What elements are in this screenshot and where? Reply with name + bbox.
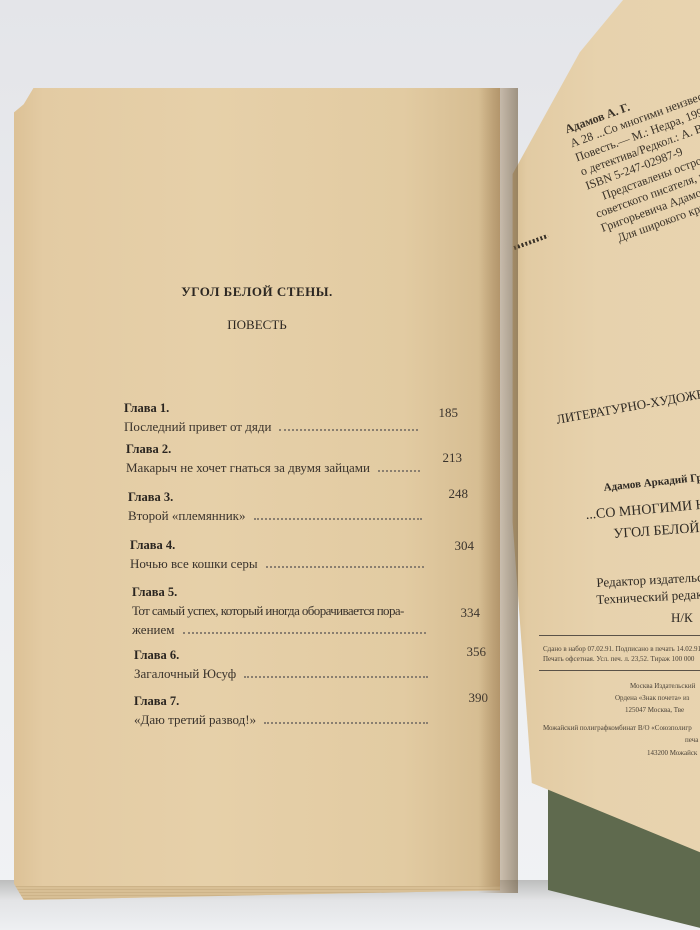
toc-title-line: Макарыч не хочет гнаться за двумя зайцам… <box>126 460 426 476</box>
imprint-nk: Н/К <box>671 610 693 626</box>
cip-block: Адамов А. Г. А 28 ...Со многими неизвест… <box>563 30 700 250</box>
toc-chapter-label: Глава 3. <box>128 490 468 505</box>
barcode-mark <box>513 234 548 250</box>
toc-title-line: жением <box>132 622 432 638</box>
story-title: УГОЛ БЕЛОЙ СТЕНЫ. <box>14 284 500 300</box>
toc-title: Второй «племянник» <box>128 508 246 524</box>
toc-entry: Глава 7. «Даю третий развод!» 390 <box>134 694 474 728</box>
toc-title: Макарыч не хочет гнаться за двумя зайцам… <box>126 460 370 476</box>
toc-chapter-label: Глава 5. <box>132 585 472 600</box>
toc-chapter-label: Глава 1. <box>124 401 464 416</box>
print-info-line: Печать офсетная. Усл. печ. л. 23,52. Тир… <box>543 655 694 663</box>
series-title: ЛИТЕРАТУРНО-ХУДОЖЕСТВЕН <box>555 379 700 428</box>
toc-chapter-label: Глава 6. <box>134 648 474 663</box>
right-page: Адамов А. Г. А 28 ...Со многими неизвест… <box>503 0 700 870</box>
toc-title: Загалочный Юсуф <box>134 666 236 682</box>
divider <box>539 670 700 671</box>
imprint-title-1: ...СО МНОГИМИ НЕИЗВ <box>585 494 700 523</box>
toc-page-number: 185 <box>439 405 459 421</box>
toc-leader-dots <box>279 429 418 431</box>
toc-leader-dots <box>264 722 428 724</box>
publisher-line: 125047 Москва, Тве <box>625 706 684 714</box>
toc-title-line: «Даю третий развод!» <box>134 712 434 728</box>
book-gutter-shadow <box>478 88 518 893</box>
imprint-title-2: УГОЛ БЕЛОЙ СТ <box>613 519 700 542</box>
toc-leader-dots <box>254 518 423 520</box>
toc-leader-dots <box>266 566 424 568</box>
toc-title: Последний привет от дяди <box>124 419 271 435</box>
left-page: УГОЛ БЕЛОЙ СТЕНЫ. ПОВЕСТЬ Глава 1. После… <box>14 88 500 900</box>
printer-line: печа <box>685 736 698 744</box>
divider <box>539 635 700 636</box>
toc-title-line: Загалочный Юсуф <box>134 666 434 682</box>
toc-title-line: Второй «племянник» <box>128 508 428 524</box>
toc-chapter-label: Глава 2. <box>126 442 466 457</box>
printer-line: Можайский полиграфкомбинат В/О «Союзполи… <box>543 724 692 732</box>
toc-title-line: Ночью все кошки серы <box>130 556 430 572</box>
toc-entry: Глава 5. Тот самый успех, который иногда… <box>132 585 472 638</box>
toc-title: Ночью все кошки серы <box>130 556 258 572</box>
toc-leader-dots <box>183 632 427 634</box>
toc-page-number: 248 <box>449 486 469 502</box>
publisher-line: Ордена «Знак почета» из <box>615 694 689 702</box>
toc-chapter-label: Глава 7. <box>134 694 474 709</box>
toc-entry: Глава 4. Ночью все кошки серы 304 <box>130 538 470 572</box>
printer-line: 143200 Можайск <box>647 749 697 757</box>
toc-leader-dots <box>378 470 420 472</box>
print-info-line: Сдано в набор 07.02.91. Подписано в печа… <box>543 645 700 653</box>
toc-entry: Глава 3. Второй «племянник» 248 <box>128 490 468 524</box>
story-subtitle: ПОВЕСТЬ <box>14 317 500 333</box>
toc-title-continued: жением <box>132 622 175 638</box>
toc-entry: Глава 1. Последний привет от дяди 185 <box>124 401 464 435</box>
toc-title-line: Последний привет от дяди <box>124 419 424 435</box>
toc-title: Тот самый успех, который иногда оборачив… <box>132 603 472 619</box>
toc-page-number: 304 <box>455 538 475 554</box>
toc-page-number: 213 <box>443 450 463 466</box>
toc-title: «Даю третий развод!» <box>134 712 256 728</box>
publisher-line: Москва Издательский <box>630 682 695 690</box>
toc-chapter-label: Глава 4. <box>130 538 470 553</box>
toc-entry: Глава 2. Макарыч не хочет гнаться за дву… <box>126 442 466 476</box>
imprint-author: Адамов Аркадий Григ <box>603 470 700 494</box>
toc-entry: Глава 6. Загалочный Юсуф 356 <box>134 648 474 682</box>
toc-leader-dots <box>244 676 428 678</box>
